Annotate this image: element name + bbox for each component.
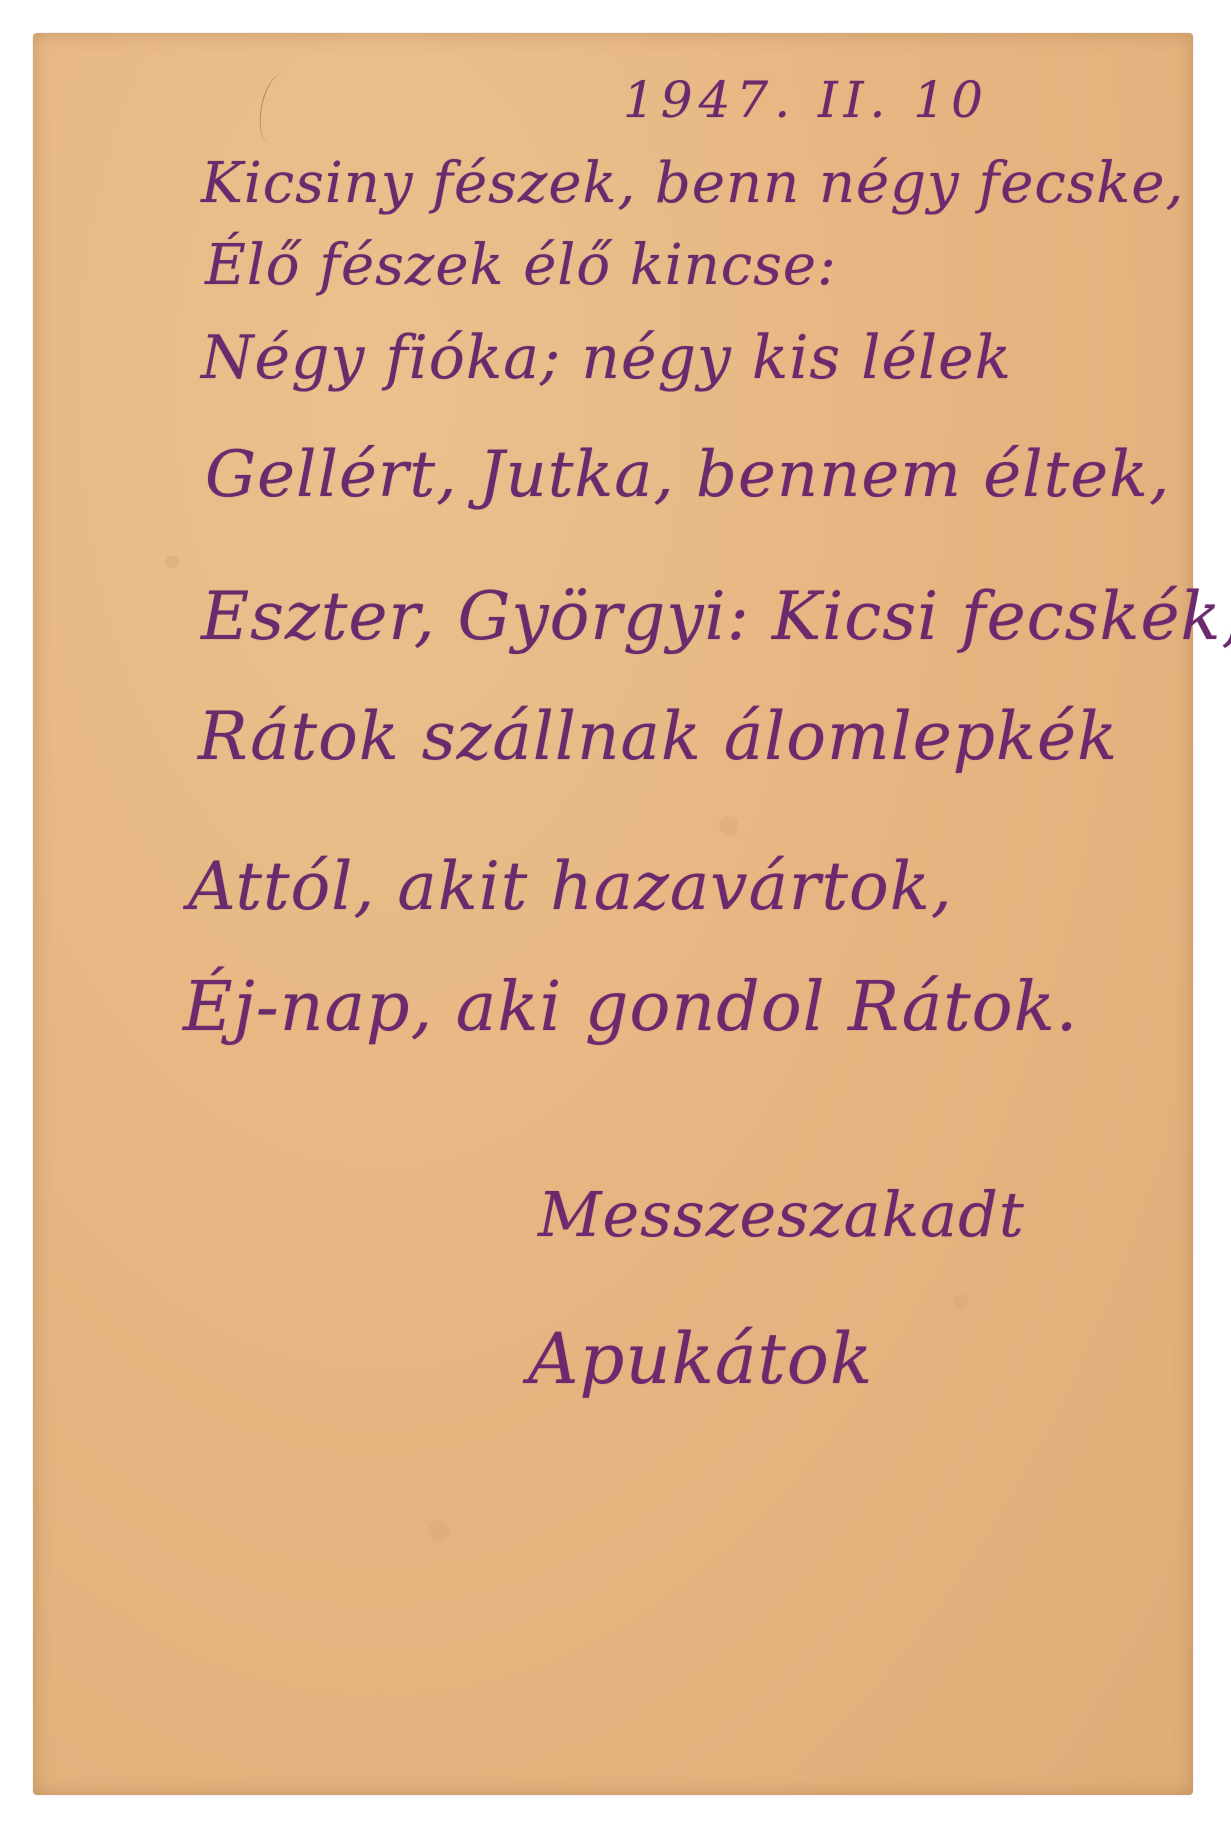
poem-line-4: Gellért, Jutka, bennem éltek, bbox=[205, 438, 1170, 512]
poem-line-2: Élő fészek élő kincse: bbox=[205, 233, 837, 298]
poem-line-6: Rátok szállnak álomlepkék bbox=[198, 698, 1118, 775]
poem-line-7: Attól, akit hazavártok, bbox=[188, 848, 953, 925]
poem-line-5: Eszter, Györgyi: Kicsi fecskék, bbox=[201, 578, 1231, 655]
signature-line-1: Messzeszakadt bbox=[538, 1178, 1025, 1251]
poem-line-1: Kicsiny fészek, benn négy fecske, bbox=[201, 151, 1184, 216]
signature-line-2: Apukátok bbox=[528, 1318, 873, 1400]
poem-line-3: Négy fióka; négy kis lélek bbox=[201, 323, 1012, 393]
postcard: 1947. II. 10 Kicsiny fészek, benn négy f… bbox=[33, 33, 1193, 1795]
date: 1947. II. 10 bbox=[623, 71, 989, 129]
paper-crease bbox=[254, 71, 299, 146]
poem-line-8: Éj-nap, aki gondol Rátok. bbox=[183, 968, 1078, 1047]
